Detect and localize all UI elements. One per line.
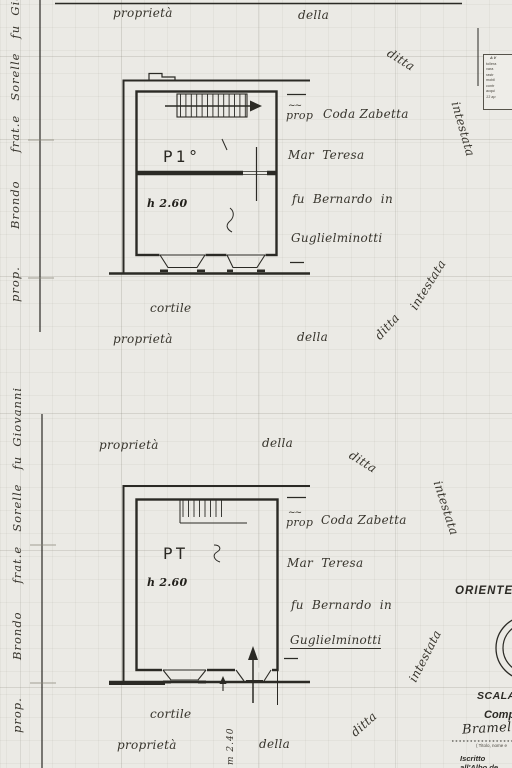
pt-owner-name2: Mar Teresa — [287, 556, 363, 570]
surveyor-signature: Bramella — [462, 719, 512, 737]
floor-label-pt: PT — [163, 544, 188, 563]
p1-owner-prop: prop — [286, 109, 313, 122]
p1-label-cortile: cortile — [150, 301, 191, 315]
pt-interior-squiggle — [214, 545, 220, 562]
pt-owner-prop: prop — [286, 516, 313, 529]
plan-p1-drawing — [109, 74, 310, 275]
pt-label-proprieta-bottom: proprietà — [117, 738, 177, 752]
p1-label-della-bottom: della — [297, 330, 328, 344]
pt-label-proprieta-top: proprietà — [99, 438, 159, 452]
p1-label-della-top: della — [298, 8, 329, 22]
p1-owner-name4: Guglielminotti — [291, 231, 382, 245]
p1-interior-tick — [222, 139, 227, 150]
pt-courtyard-boundary — [109, 682, 310, 684]
p1-label-proprieta-top: proprietà — [113, 6, 173, 20]
scala-heading: SCALA — [477, 690, 512, 702]
plan-pt-drawing — [109, 486, 310, 705]
albo-caption: Iscritto all'Albo de — [460, 754, 512, 768]
p1-owner-name2: Mar Teresa — [288, 148, 364, 162]
pt-label-della-top: della — [262, 436, 293, 450]
pt-entrance-arrow-head — [248, 646, 258, 660]
pt-owner-name3: fu Bernardo in — [291, 598, 392, 612]
p1-chimney-notch — [149, 74, 175, 81]
pt-label-cortile: cortile — [150, 707, 191, 721]
titolo-caption: ( Titolo, nome e — [476, 743, 507, 748]
pt-room-height: h 2.60 — [147, 576, 187, 589]
plan-linework — [0, 0, 512, 768]
p1-interior-squiggle — [227, 208, 233, 232]
pt-door-dimension: m 2.40 — [226, 728, 236, 765]
p1-room-height: h 2.60 — [147, 197, 187, 210]
pt-label-della-bottom: della — [259, 737, 290, 751]
p1-owner-name3: fu Bernardo in — [292, 192, 393, 206]
p1-outer-walls — [123, 80, 311, 274]
oriente-heading: ORIENTE — [455, 585, 512, 597]
pt-owner-name4: Guglielminotti — [290, 633, 381, 649]
floor-label-p1: P1° — [163, 147, 201, 166]
scanned-floor-plan-sheet: prop. Brondo frat.e Sorelle fu Giovanni … — [0, 0, 512, 768]
margin-owner-note-upper: prop. Brondo frat.e Sorelle fu Giovanni — [8, 0, 22, 302]
p1-owner-name1: Coda Zabetta — [323, 107, 409, 121]
pt-small-arrow-head — [220, 676, 227, 684]
pt-stairs-treads — [183, 500, 222, 517]
stamp-line: 13 ap — [486, 95, 512, 101]
p1-stairs-arrow-head — [250, 101, 262, 112]
pt-stairs-outline — [180, 500, 247, 523]
pt-owner-name1: Coda Zabetta — [321, 513, 407, 527]
printed-stamp-box: A V tollera vara rastr mobil contr acqui… — [483, 54, 512, 110]
p1-label-proprieta-bottom: proprietà — [113, 332, 173, 346]
margin-owner-note-lower: prop. Brondo frat.e Sorelle fu Giovanni — [10, 387, 24, 733]
